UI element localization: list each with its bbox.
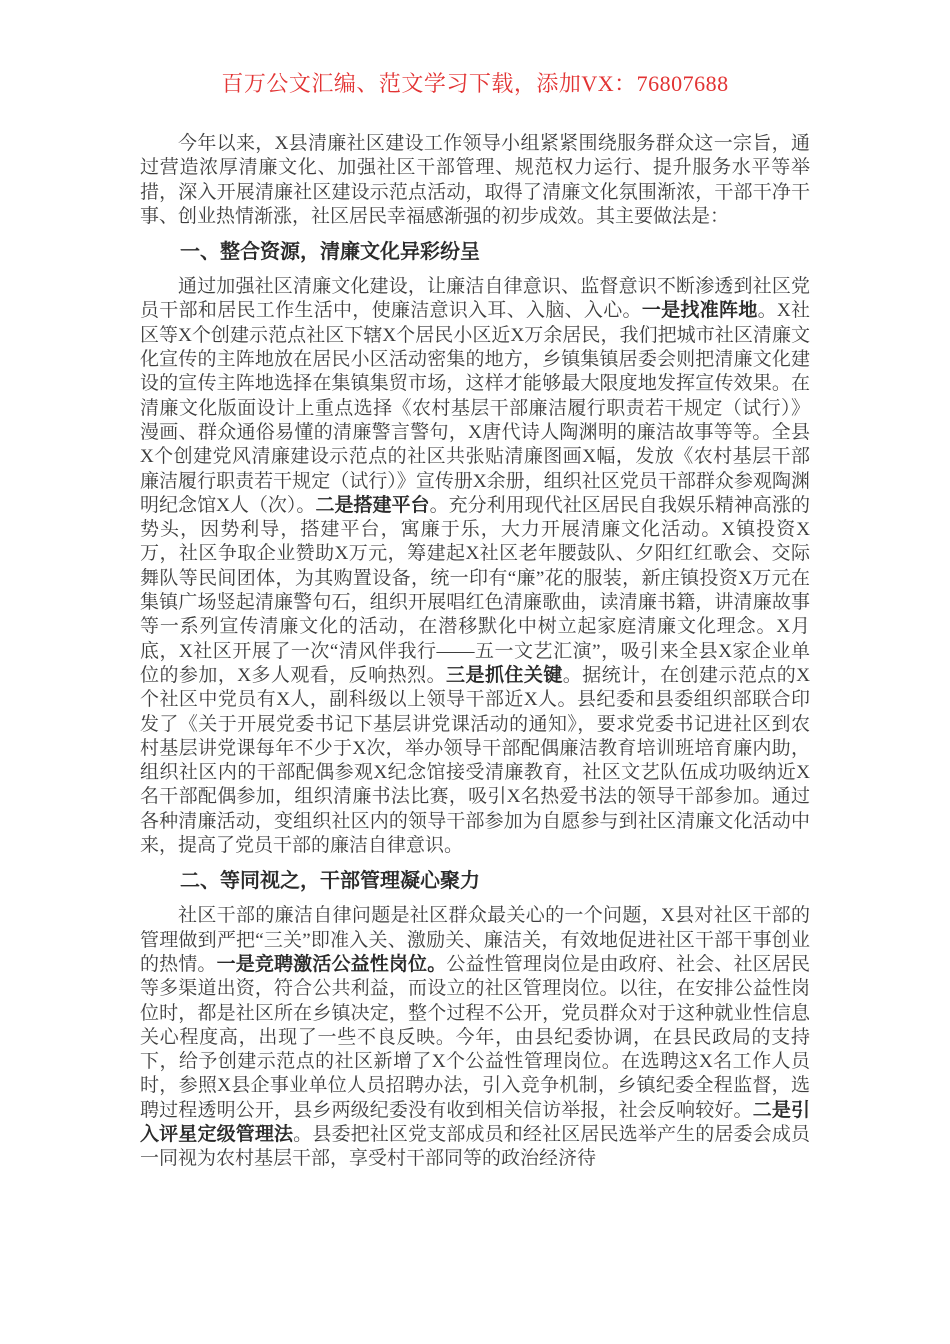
bold-run: 二、等同视之，干部管理凝心聚力 [180, 870, 480, 892]
text-run: 。X社区等X个创建示范点社区下辖X个居民小区近X万余居民，我们把城市社区清廉文化… [140, 300, 810, 515]
document-page: 百万公文汇编、范文学习下载，添加VX：76807688 今年以来，X县清廉社区建… [0, 0, 950, 1344]
document-body: 今年以来，X县清廉社区建设工作领导小组紧紧围绕服务群众这一宗旨，通过营造浓厚清廉… [140, 132, 810, 1172]
text-run: 。充分利用现代社区居民自我娱乐精神高涨的势头，因势利导，搭建平台，寓廉于乐，大力… [140, 495, 810, 686]
text-run: 今年以来，X县清廉社区建设工作领导小组紧紧围绕服务群众这一宗旨，通过营造浓厚清廉… [140, 133, 810, 227]
section-1-paragraph: 通过加强社区清廉文化建设，让廉洁自律意识、监督意识不断渗透到社区党员干部和居民工… [140, 275, 810, 858]
text-run: 。据统计，在创建示范点的X个社区中党员有X人，副科级以上领导干部近X人。县纪委和… [140, 665, 810, 856]
section-2-heading: 二、等同视之，干部管理凝心聚力 [140, 868, 810, 894]
bold-run: 一、整合资源，清廉文化异彩纷呈 [180, 241, 480, 263]
bold-run: 一是竞聘激活公益性岗位。 [217, 954, 447, 975]
bold-run: 一是找准阵地 [642, 300, 758, 321]
header-notice: 百万公文汇编、范文学习下载，添加VX：76807688 [0, 0, 950, 96]
text-run: 公益性管理岗位是由政府、社会、社区居民等多渠道出资，符合公共利益，而设立的社区管… [140, 954, 810, 1121]
section-1-heading: 一、整合资源，清廉文化异彩纷呈 [140, 239, 810, 265]
bold-run: 二是搭建平台 [315, 495, 429, 516]
bold-run: 三是抓住关键 [446, 665, 563, 686]
intro-paragraph: 今年以来，X县清廉社区建设工作领导小组紧紧围绕服务群众这一宗旨，通过营造浓厚清廉… [140, 132, 810, 229]
section-2-paragraph: 社区干部的廉洁自律问题是社区群众最关心的一个问题，X县对社区干部的管理做到严把“… [140, 904, 810, 1171]
